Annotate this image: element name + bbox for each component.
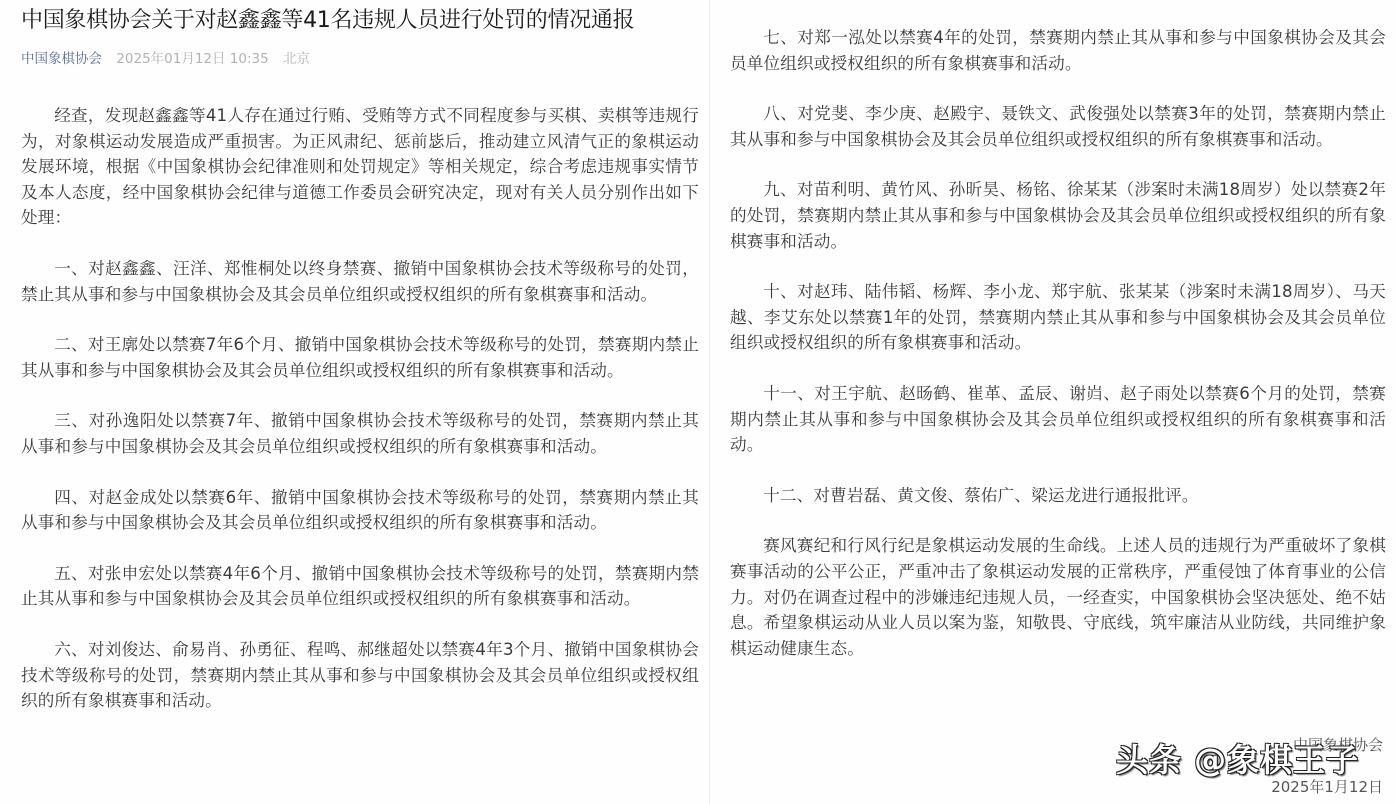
article-title: 中国象棋协会关于对赵鑫鑫等41名违规人员进行处罚的情况通报 — [21, 6, 634, 36]
penalty-item-6: 六、对刘俊达、俞易肖、孙勇征、程鸣、郝继超处以禁赛4年3个月、撤销中国象棋协会技… — [21, 637, 699, 714]
penalty-item-10: 十、对赵玮、陆伟韬、杨辉、李小龙、郑宇航、张某某（涉案时未满18周岁）、马天越、… — [730, 279, 1386, 356]
penalty-item-8: 八、对党斐、李少庚、赵殿宇、聂铁文、武俊强处以禁赛3年的处罚，禁赛期内禁止其从事… — [730, 101, 1386, 152]
penalty-item-11: 十一、对王宇航、赵旸鹤、崔革、孟辰、谢岿、赵子雨处以禁赛6个月的处罚，禁赛期内禁… — [730, 381, 1386, 458]
article-body-right: 七、对郑一泓处以禁赛4年的处罚，禁赛期内禁止其从事和参与中国象棋协会及其会员单位… — [730, 25, 1386, 686]
penalty-item-2: 二、对王廓处以禁赛7年6个月、撤销中国象棋协会技术等级称号的处罚，禁赛期内禁止其… — [21, 332, 699, 383]
penalty-item-1: 一、对赵鑫鑫、汪洋、郑惟桐处以终身禁赛、撤销中国象棋协会技术等级称号的处罚，禁止… — [21, 256, 699, 307]
author-link[interactable]: 中国象棋协会 — [21, 51, 102, 67]
watermark: 头条 @象棋王子 — [1116, 740, 1359, 780]
penalty-item-3: 三、对孙逸阳处以禁赛7年、撤销中国象棋协会技术等级称号的处罚，禁赛期内禁止其从事… — [21, 408, 699, 459]
article-meta: 中国象棋协会 2025年01月12日 10:35 北京 — [21, 50, 310, 68]
intro-paragraph: 经查，发现赵鑫鑫等41人存在通过行贿、受贿等方式不同程度参与买棋、卖棋等违规行为… — [21, 103, 699, 231]
penalty-item-4: 四、对赵金成处以禁赛6年、撤销中国象棋协会技术等级称号的处罚，禁赛期内禁止其从事… — [21, 485, 699, 536]
penalty-item-5: 五、对张申宏处以禁赛4年6个月、撤销中国象棋协会技术等级称号的处罚，禁赛期内禁止… — [21, 561, 699, 612]
penalty-item-7: 七、对郑一泓处以禁赛4年的处罚，禁赛期内禁止其从事和参与中国象棋协会及其会员单位… — [730, 25, 1386, 76]
closing-paragraph: 赛风赛纪和行风行纪是象棋运动发展的生命线。上述人员的违规行为严重破坏了象棋赛事活… — [730, 533, 1386, 661]
publish-date: 2025年01月12日 10:35 — [116, 51, 268, 67]
penalty-item-12: 十二、对曹岩磊、黄文俊、蔡佑广、梁运龙进行通报批评。 — [730, 483, 1386, 509]
penalty-item-9: 九、对苗利明、黄竹风、孙昕昊、杨铭、徐某某（涉案时未满18周岁）处以禁赛2年的处… — [730, 177, 1386, 254]
article-body-left: 经查，发现赵鑫鑫等41人存在通过行贿、受贿等方式不同程度参与买棋、卖棋等违规行为… — [21, 103, 699, 739]
column-divider — [709, 0, 710, 804]
publish-location: 北京 — [283, 51, 310, 67]
